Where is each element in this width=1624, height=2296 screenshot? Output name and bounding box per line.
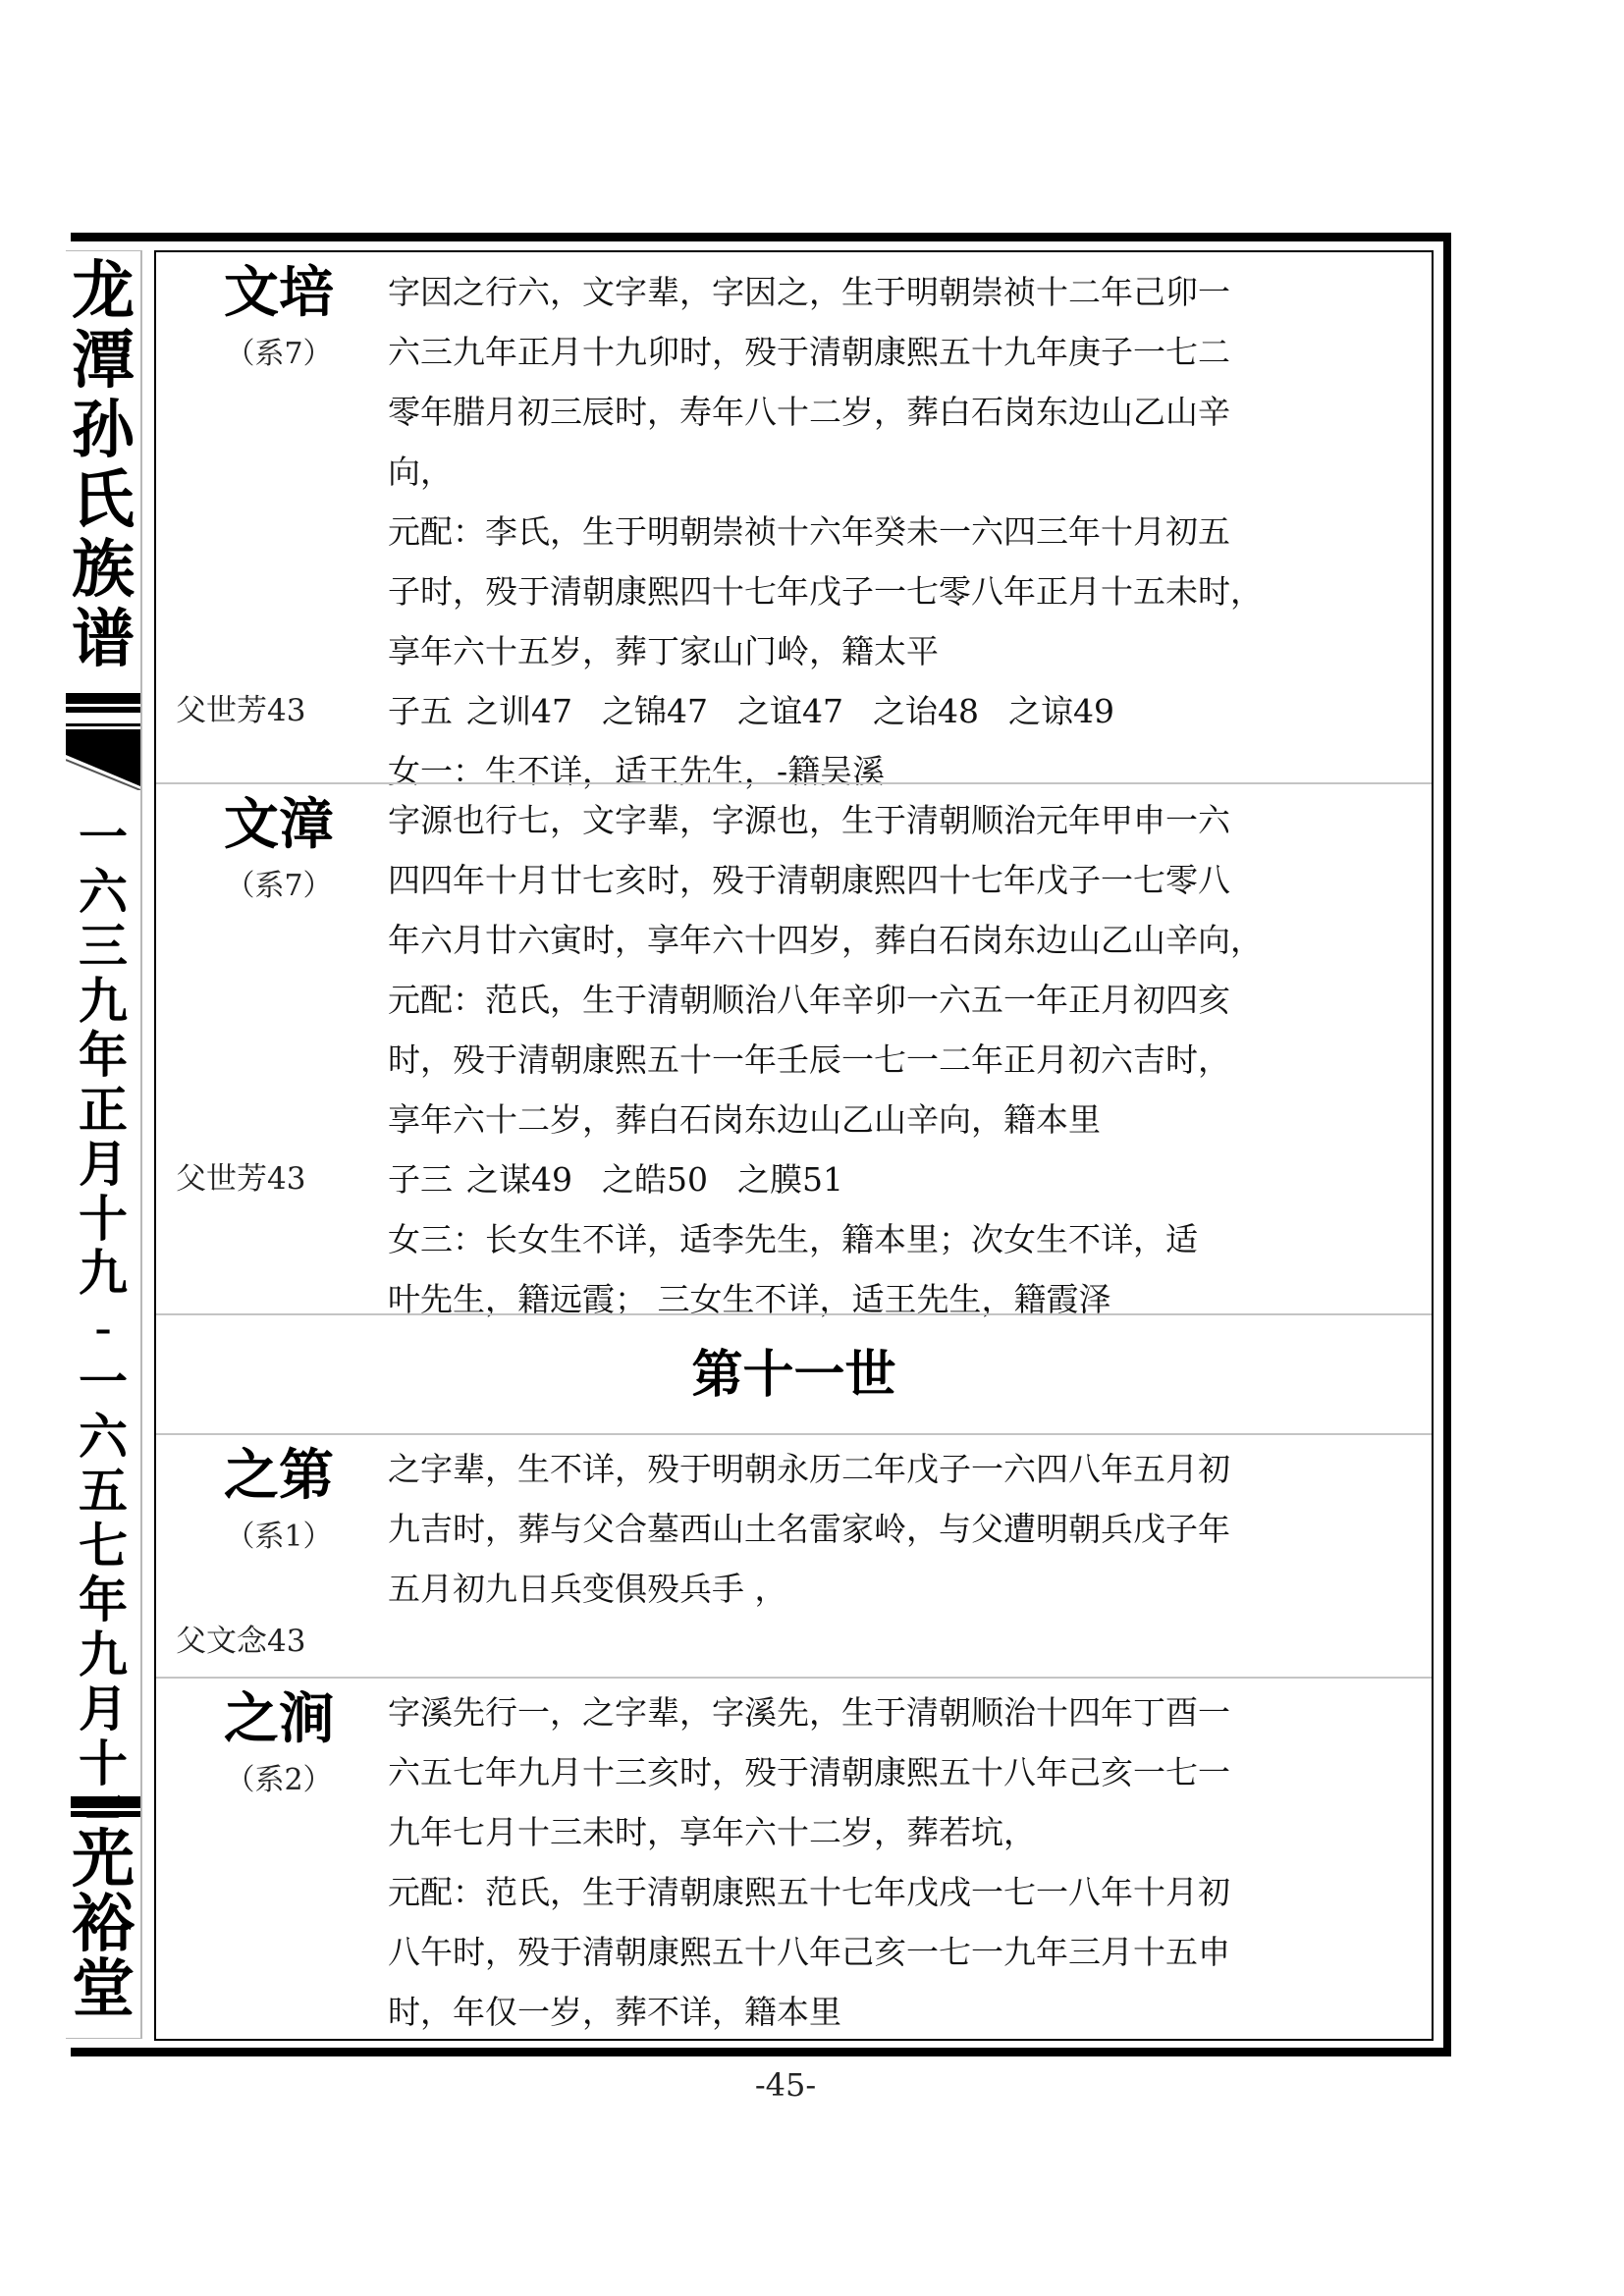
sidebar-hall-name: 光 裕 堂 (66, 1828, 140, 2022)
frame-top-thick-bar (71, 233, 1451, 241)
person-name: 文培 (156, 264, 402, 323)
biography-text: 字因之行六，文字辈，字因之，生于明朝崇祯十二年己卯一 六三九年正月十九卯时，殁于… (388, 262, 1409, 801)
biography-text: 字源也行七，文字辈，字源也，生于清朝顺治元年甲申一六 四四年十月廿七亥时，殁于清… (388, 790, 1409, 1329)
sidebar-date-range: 一六三九年正月十九-一六五七年九月十三 (66, 811, 140, 1846)
lineage-label: （系1） (156, 1518, 402, 1557)
father-label: 父世芳43 (176, 681, 305, 741)
frame-bottom-thick-bar (71, 2048, 1451, 2056)
entry-separator (156, 1433, 1432, 1435)
person-name: 文漳 (156, 796, 402, 855)
entry-separator (156, 782, 1432, 784)
biography-text: 字溪先行一，之字辈，字溪先，生于清朝顺治十四年丁酉一 六五七年九月十三亥时，殁于… (388, 1682, 1409, 2042)
frame-right-thick-bar (1443, 233, 1451, 2056)
lineage-label: （系7） (156, 867, 402, 906)
daughters-text: 女三：长女生不详，适李先生，籍本里；次女生不详，适 (388, 1209, 1409, 1269)
lineage-label: （系2） (156, 1761, 402, 1800)
page-number: -45- (687, 2066, 884, 2104)
father-label: 父文念43 (176, 1612, 305, 1672)
sons-list: 子五之训47之锦47之谊47之诒48之谅49 (388, 681, 1409, 741)
father-label: 父世芳43 (176, 1149, 305, 1209)
sidebar-right-line (140, 250, 142, 2039)
sidebar-top-line (66, 250, 141, 251)
entry-separator (156, 1677, 1432, 1679)
sidebar-book-title: 龙 潭 孙 氏 族 谱 (66, 257, 140, 675)
sons-list: 子三之谋49之皓50之膜51 (388, 1149, 1409, 1209)
person-name: 之涧 (156, 1690, 402, 1749)
sidebar-bottom-line (66, 2038, 141, 2039)
generation-heading: 第十一世 (156, 1315, 1432, 1435)
person-name: 之第 (156, 1447, 402, 1506)
genealogy-content-frame: 文培 （系7） 字因之行六，文字辈，字因之，生于明朝崇祯十二年己卯一 六三九年正… (154, 250, 1434, 2041)
lineage-label: （系7） (156, 335, 402, 374)
biography-text: 之字辈，生不详，殁于明朝永历二年戊子一六四八年五月初 九吉时，葬与父合墓西山土名… (388, 1439, 1409, 1619)
